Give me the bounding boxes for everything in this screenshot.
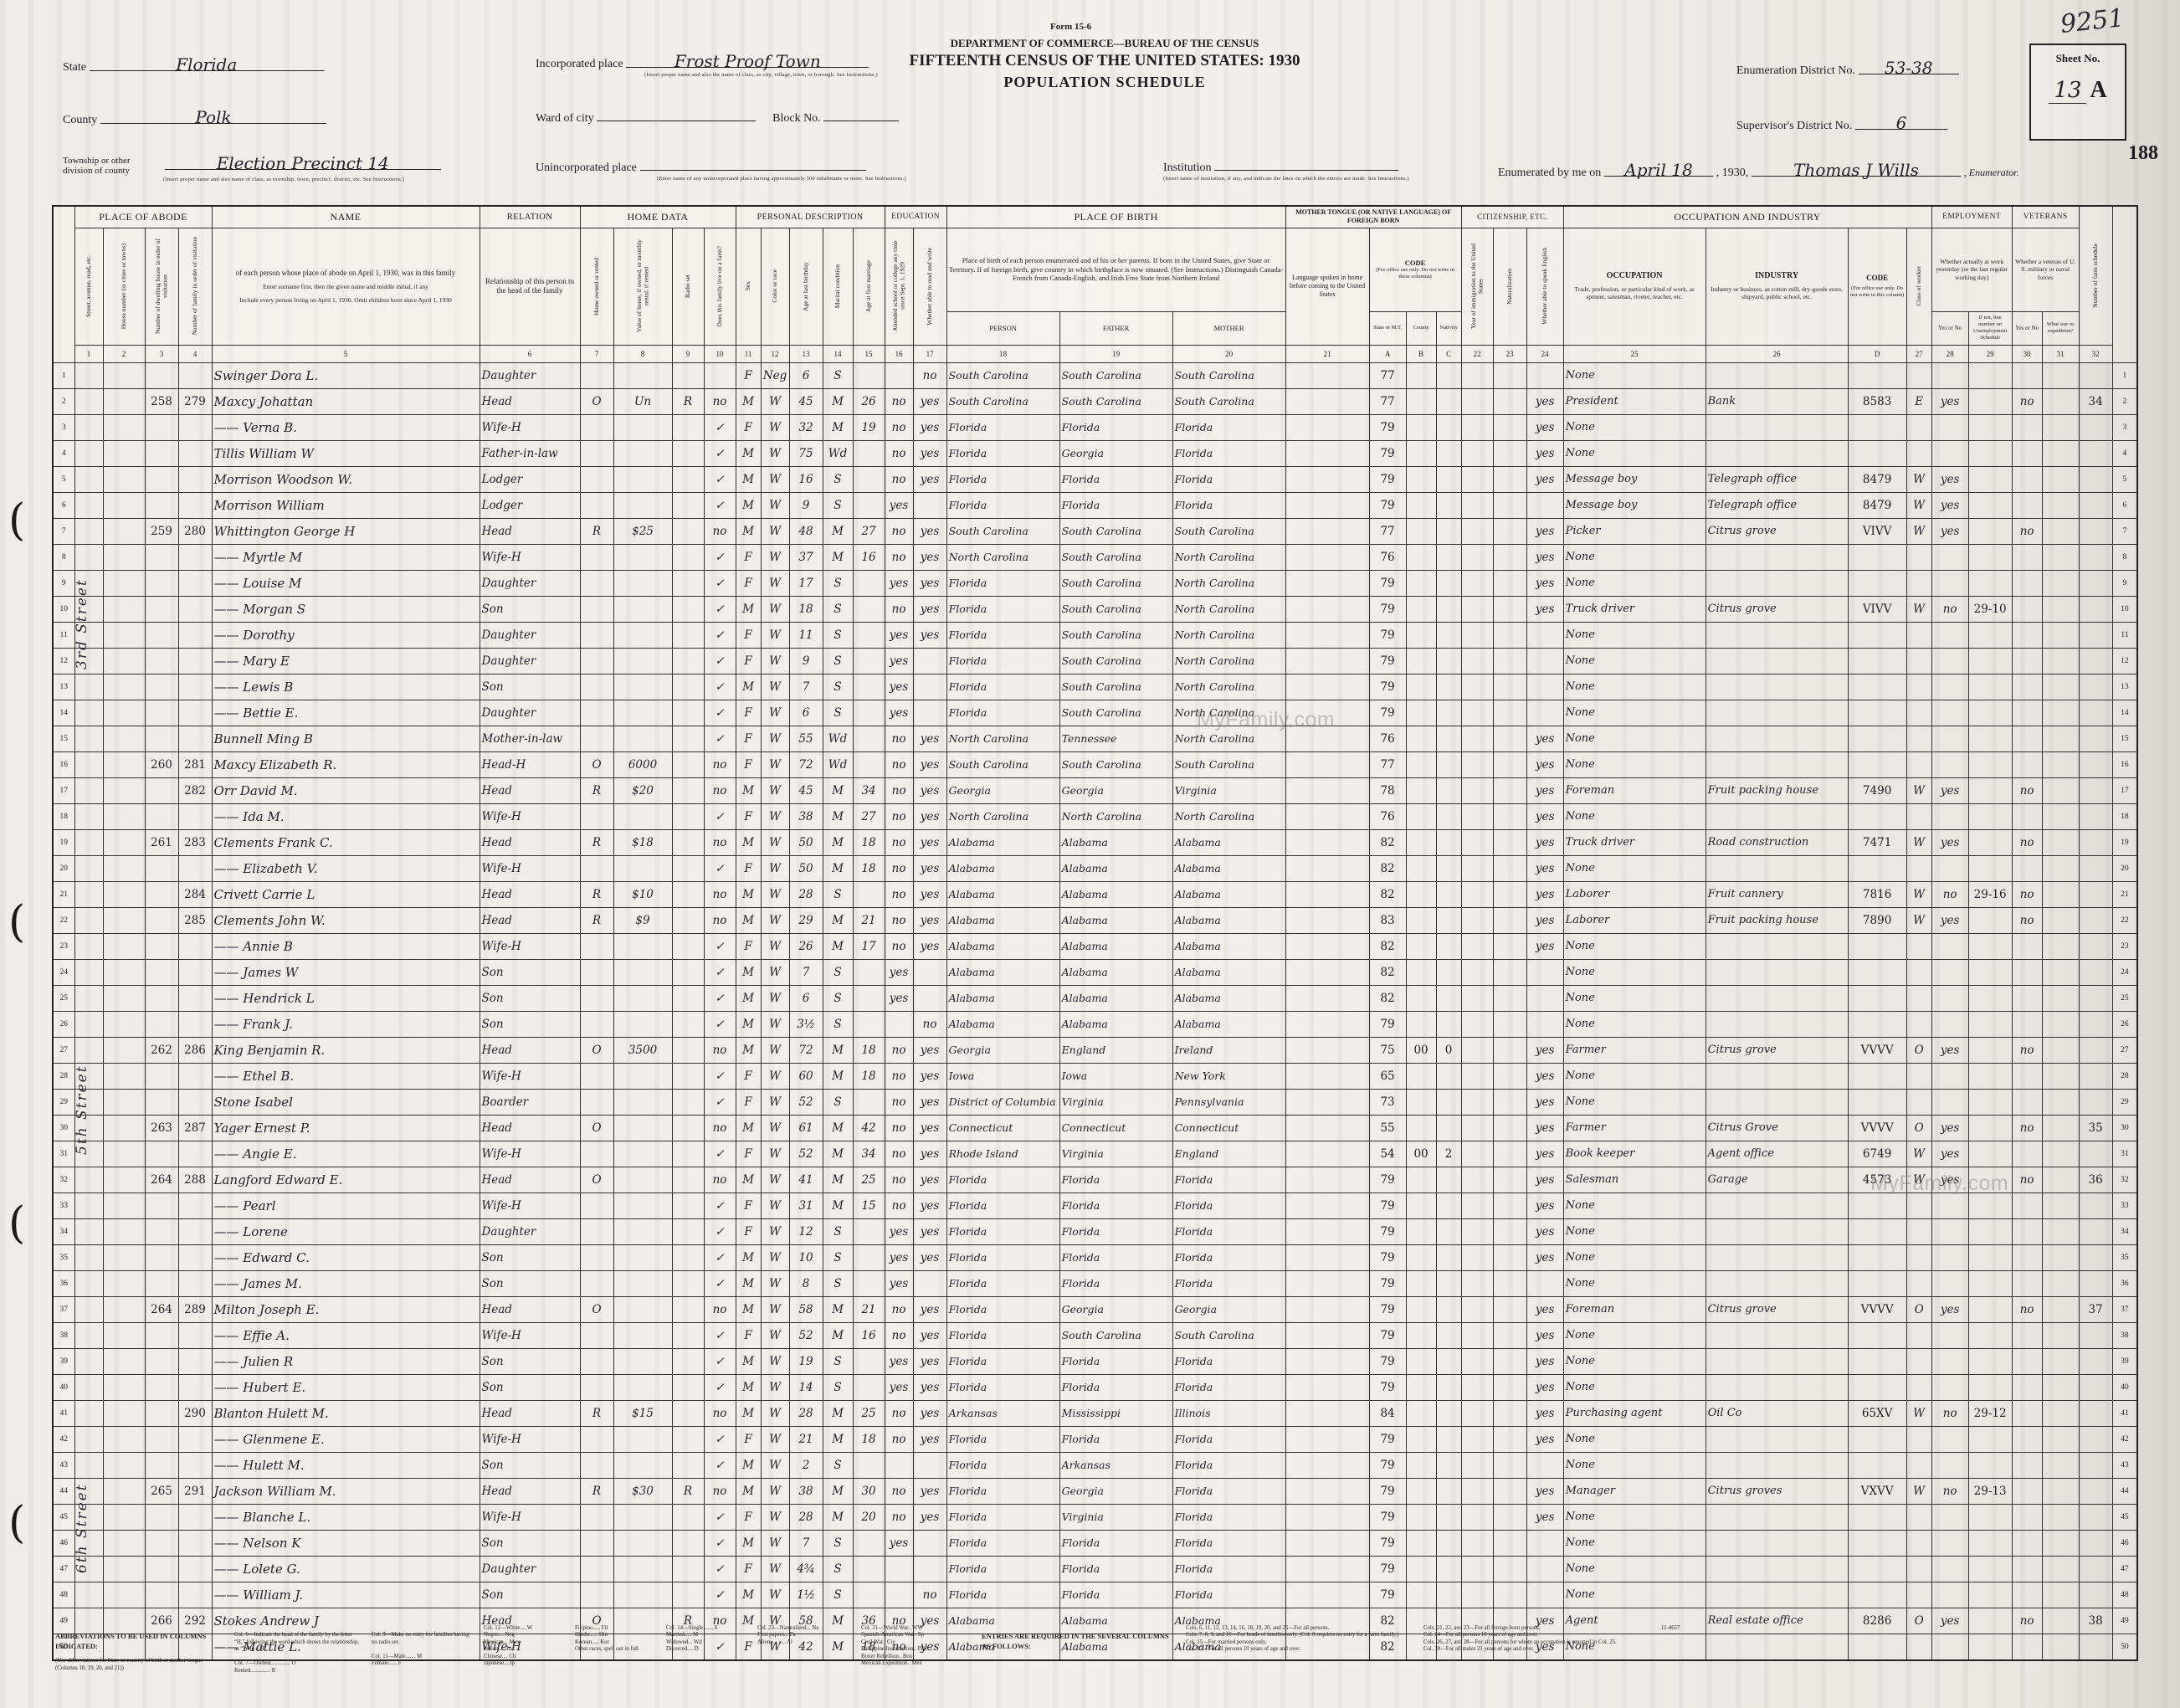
cell: no <box>704 1115 736 1141</box>
cell: Maxcy Elizabeth R. <box>212 751 480 777</box>
cell <box>1931 1348 1968 1374</box>
cell <box>1461 388 1493 414</box>
cell <box>178 855 212 881</box>
cell <box>2012 855 2042 881</box>
cell: Message boy <box>1563 492 1706 518</box>
cell: None <box>1563 1582 1706 1608</box>
cell: Florida <box>1059 1348 1172 1374</box>
veterans-description: Whether a veteran of U. S. military or n… <box>2012 228 2079 311</box>
cell: yes <box>913 1348 946 1374</box>
cell <box>1493 414 1526 440</box>
cell: 20 <box>53 855 74 881</box>
cell <box>1848 1504 1906 1530</box>
cell: 27 <box>853 803 885 829</box>
occupation-header: OCCUPATION Trade, profession, or particu… <box>1563 228 1706 345</box>
cell <box>1436 1504 1461 1530</box>
cell: Morrison Woodson W. <box>212 466 480 492</box>
cell <box>1968 1556 2012 1582</box>
cell <box>1285 985 1369 1011</box>
cell: Florida <box>1059 1426 1172 1452</box>
cell: Florida <box>946 596 1059 622</box>
cell: M <box>736 518 761 544</box>
cell <box>2042 518 2079 544</box>
cell: O <box>1906 1037 1931 1063</box>
table-row: 31—— Angie E.Wife-H✓FW52M34noyesRhode Is… <box>53 1141 2137 1167</box>
cell: None <box>1563 622 1706 648</box>
cell <box>580 674 613 700</box>
cell <box>1931 1011 1968 1037</box>
cell <box>1436 492 1461 518</box>
cell <box>1968 907 2012 933</box>
cell <box>1493 855 1526 881</box>
cell <box>1968 803 2012 829</box>
cell: no <box>885 466 913 492</box>
cell: 26 <box>53 1011 74 1037</box>
cell: Florida <box>1172 414 1285 440</box>
cell <box>2079 622 2112 648</box>
cell <box>1285 907 1369 933</box>
cell: W <box>761 1011 789 1037</box>
cell: 6749 <box>1848 1141 1906 1167</box>
cell: Alabama <box>946 959 1059 985</box>
cell: 289 <box>178 1296 212 1322</box>
cell <box>74 362 103 388</box>
cell: Wife-H <box>480 1063 580 1089</box>
cell: 9 <box>2112 570 2137 596</box>
cell: 40 <box>53 1374 74 1400</box>
cell <box>1706 1452 1848 1478</box>
cell <box>1931 1530 1968 1556</box>
cell <box>1968 1374 2012 1400</box>
cell: None <box>1563 1011 1706 1037</box>
cell: Florida <box>946 466 1059 492</box>
cell <box>178 1063 212 1089</box>
cell: yes <box>1526 1504 1563 1530</box>
cell <box>672 1348 704 1374</box>
cell: Florida <box>1172 1582 1285 1608</box>
cell <box>2079 362 2112 388</box>
cell: 42 <box>2112 1426 2137 1452</box>
cell <box>2079 1530 2112 1556</box>
col-attended-school: Attended school or college any time sinc… <box>885 228 913 345</box>
page-number: 188 <box>2128 142 2158 165</box>
cell: yes <box>913 1478 946 1504</box>
cell <box>1848 622 1906 648</box>
cell <box>178 1530 212 1556</box>
col-farm-family: Does this family live on a farm? <box>704 228 736 345</box>
cell <box>1461 648 1493 674</box>
cell <box>1461 1193 1493 1218</box>
cell <box>613 440 672 466</box>
form-number: Form 15-6 <box>1050 22 1091 32</box>
cell <box>1406 1452 1436 1478</box>
cell: W <box>761 959 789 985</box>
cell <box>1493 803 1526 829</box>
cell: S <box>823 985 853 1011</box>
cell <box>580 1270 613 1296</box>
cell <box>613 544 672 570</box>
cell: —— Hulett M. <box>212 1452 480 1478</box>
cell: 77 <box>1369 362 1406 388</box>
cell: yes <box>1526 596 1563 622</box>
margin-paren-mark: ( <box>8 1198 25 1249</box>
cell <box>1436 751 1461 777</box>
cell <box>1706 1270 1848 1296</box>
cell <box>853 1530 885 1556</box>
cell <box>613 492 672 518</box>
cell: W <box>761 1504 789 1530</box>
cell <box>613 700 672 726</box>
cell <box>103 492 145 518</box>
cell: W <box>761 674 789 700</box>
table-row: 11—— DorothyDaughter✓FW11SyesyesFloridaS… <box>53 622 2137 648</box>
watermark: MyFamily.com <box>1197 708 1335 732</box>
column-number: 28 <box>1931 345 1968 362</box>
cell <box>672 674 704 700</box>
cell <box>1406 1063 1436 1089</box>
cell: Alabama <box>1172 933 1285 959</box>
cell <box>145 674 178 700</box>
cell: ✓ <box>704 1270 736 1296</box>
cell <box>613 1374 672 1400</box>
cell <box>74 700 103 726</box>
table-row: 43—— Hulett M.Son✓MW2SFloridaArkansasFlo… <box>53 1452 2137 1478</box>
cell <box>1461 1582 1493 1608</box>
cell <box>1285 803 1369 829</box>
cell <box>1493 700 1526 726</box>
cell: no <box>2012 1037 2042 1063</box>
cell: Head <box>480 1167 580 1193</box>
cell <box>2042 959 2079 985</box>
cell: Clements John W. <box>212 907 480 933</box>
cell <box>580 466 613 492</box>
cell <box>1848 362 1906 388</box>
cell: —— Verna B. <box>212 414 480 440</box>
cell <box>1285 881 1369 907</box>
column-number: 22 <box>1461 345 1493 362</box>
cell <box>672 726 704 751</box>
cell <box>2012 1426 2042 1452</box>
cell: yes <box>1526 1037 1563 1063</box>
cell: yes <box>1526 1115 1563 1141</box>
cell: O <box>1906 1115 1931 1141</box>
cell: 285 <box>178 907 212 933</box>
cell <box>1906 1504 1931 1530</box>
cell: 12 <box>53 648 74 674</box>
cell <box>1968 1504 2012 1530</box>
cell <box>853 570 885 596</box>
cell: Florida <box>946 674 1059 700</box>
cell <box>2079 1037 2112 1063</box>
cell <box>103 1141 145 1167</box>
column-number: 2 <box>103 345 145 362</box>
cell <box>853 596 885 622</box>
cell <box>1493 1244 1526 1270</box>
cell <box>1706 570 1848 596</box>
cell <box>2042 596 2079 622</box>
cell: W <box>1906 492 1931 518</box>
cell <box>613 1141 672 1167</box>
cell: M <box>823 855 853 881</box>
cell <box>1906 751 1931 777</box>
cell: F <box>736 622 761 648</box>
cell: yes <box>1526 1167 1563 1193</box>
cell: None <box>1563 1089 1706 1115</box>
cell <box>1706 1089 1848 1115</box>
cell: None <box>1563 648 1706 674</box>
cell <box>853 1556 885 1582</box>
cell: ✓ <box>704 700 736 726</box>
cell <box>1931 1322 1968 1348</box>
cell <box>1436 985 1461 1011</box>
cell: yes <box>913 1167 946 1193</box>
cell: Alabama <box>946 829 1059 855</box>
cell: 290 <box>178 1400 212 1426</box>
column-number: 6 <box>480 345 580 362</box>
cell <box>613 1063 672 1089</box>
cell <box>580 492 613 518</box>
cell: M <box>736 1115 761 1141</box>
table-row: 14—— Bettie E.Daughter✓FW6SyesFloridaSou… <box>53 700 2137 726</box>
cell: ✓ <box>704 570 736 596</box>
cell: ✓ <box>704 622 736 648</box>
township-label: Township or other division of county <box>63 156 162 176</box>
cell <box>2042 1115 2079 1141</box>
cell <box>2042 492 2079 518</box>
cell: Message boy <box>1563 466 1706 492</box>
cell: Florida <box>1172 1270 1285 1296</box>
cell <box>672 1452 704 1478</box>
column-number: 19 <box>1059 345 1172 362</box>
cell: no <box>885 726 913 751</box>
legend-print-code: 11-4657 <box>1661 1625 1711 1682</box>
cell <box>1461 1296 1493 1322</box>
cell <box>1493 648 1526 674</box>
cell: 43 <box>2112 1452 2137 1478</box>
cell <box>2079 777 2112 803</box>
cell: —— Pearl <box>212 1193 480 1218</box>
cell: W <box>761 1244 789 1270</box>
cell: 8479 <box>1848 466 1906 492</box>
cell <box>580 570 613 596</box>
cell <box>1436 1270 1461 1296</box>
table-row: 24—— James WSon✓MW7SyesAlabamaAlabamaAla… <box>53 959 2137 985</box>
cell: 284 <box>178 881 212 907</box>
cell: 79 <box>1369 1193 1406 1218</box>
cell: Stone Isabel <box>212 1089 480 1115</box>
cell <box>1706 1530 1848 1556</box>
cell <box>103 1270 145 1296</box>
cell: 44 <box>53 1478 74 1504</box>
cell: no <box>885 1426 913 1452</box>
cell <box>2042 648 2079 674</box>
cell: yes <box>913 829 946 855</box>
cell <box>1461 1037 1493 1063</box>
cell <box>1461 1089 1493 1115</box>
cell: F <box>736 1063 761 1089</box>
cell <box>1436 1063 1461 1089</box>
cell <box>1906 985 1931 1011</box>
cell: Alabama <box>1172 1011 1285 1037</box>
cell: yes <box>913 622 946 648</box>
cell <box>1526 1452 1563 1478</box>
cell <box>1493 596 1526 622</box>
cell <box>103 1478 145 1504</box>
cell <box>1968 855 2012 881</box>
cell: 79 <box>1369 1218 1406 1244</box>
cell <box>2042 570 2079 596</box>
cell <box>1436 466 1461 492</box>
cell: Florida <box>946 1374 1059 1400</box>
cell <box>2079 1478 2112 1504</box>
cell <box>1493 1218 1526 1244</box>
cell: W <box>761 829 789 855</box>
cell: S <box>823 648 853 674</box>
cell <box>672 959 704 985</box>
cell: W <box>761 1322 789 1348</box>
cell <box>74 1218 103 1244</box>
cell: None <box>1563 751 1706 777</box>
column-number: 24 <box>1526 345 1563 362</box>
cell: 18 <box>2112 803 2137 829</box>
cell <box>178 1193 212 1218</box>
column-number: 29 <box>1968 345 2012 362</box>
cell: 29-16 <box>1968 881 2012 907</box>
cell: no <box>2012 1115 2042 1141</box>
cell: 73 <box>1369 1089 1406 1115</box>
cell: Florida <box>1059 1556 1172 1582</box>
cell <box>1526 985 1563 1011</box>
cell <box>1461 726 1493 751</box>
cell <box>1461 466 1493 492</box>
cell: 24 <box>53 959 74 985</box>
cell <box>853 622 885 648</box>
cell <box>1406 1322 1436 1348</box>
cell <box>103 1063 145 1089</box>
cell: Wife-H <box>480 855 580 881</box>
cell: 264 <box>145 1296 178 1322</box>
cell <box>2042 829 2079 855</box>
cell <box>178 648 212 674</box>
cell <box>580 959 613 985</box>
cell <box>103 881 145 907</box>
cell <box>672 414 704 440</box>
cell <box>1968 362 2012 388</box>
legend-col23: Col. 23—Naturalized... Na First papers..… <box>757 1625 849 1682</box>
cell <box>2079 933 2112 959</box>
cell <box>1848 1582 1906 1608</box>
cell <box>1906 700 1931 726</box>
cell <box>145 414 178 440</box>
cell: 286 <box>178 1037 212 1063</box>
cell <box>913 1452 946 1478</box>
cell: W <box>761 985 789 1011</box>
cell: 28 <box>789 881 823 907</box>
cell: 9 <box>53 570 74 596</box>
cell: 77 <box>1369 751 1406 777</box>
department-line: DEPARTMENT OF COMMERCE—BUREAU OF THE CEN… <box>845 37 1364 50</box>
cell: Wife-H <box>480 933 580 959</box>
cell <box>2079 414 2112 440</box>
cell: W <box>1906 881 1931 907</box>
cell <box>1285 518 1369 544</box>
cell <box>1931 1193 1968 1218</box>
cell <box>2012 985 2042 1011</box>
cell <box>1493 674 1526 700</box>
cell <box>613 1011 672 1037</box>
cell: W <box>761 726 789 751</box>
cell <box>2012 726 2042 751</box>
cell <box>1406 700 1436 726</box>
cell: 79 <box>1369 492 1406 518</box>
cell <box>1436 1244 1461 1270</box>
cell: 79 <box>1369 1452 1406 1478</box>
cell <box>145 933 178 959</box>
cell: Florida <box>1059 1374 1172 1400</box>
cell <box>2079 1089 2112 1115</box>
cell <box>178 1426 212 1452</box>
cell <box>672 622 704 648</box>
cell <box>580 1582 613 1608</box>
incorporated-note: (Insert proper name and also the name of… <box>644 72 878 78</box>
cell <box>2079 1270 2112 1296</box>
mother-tongue-code: CODE (For office use only. Do not write … <box>1369 228 1461 311</box>
cell: Florida <box>1059 1218 1172 1244</box>
cell: no <box>885 1296 913 1322</box>
cell: Maxcy Johattan <box>212 388 480 414</box>
cell: yes <box>1931 1037 1968 1063</box>
cell: 2 <box>1436 1141 1461 1167</box>
cell <box>1848 1218 1906 1244</box>
code-a-label: State or M.T. <box>1369 311 1406 345</box>
cell: yes <box>1526 907 1563 933</box>
cell: South Carolina <box>1172 1322 1285 1348</box>
cell <box>2079 466 2112 492</box>
cell: O <box>580 388 613 414</box>
col-family-number: Number of family in order of visitation <box>178 228 212 345</box>
cell: 25 <box>2112 985 2137 1011</box>
cell <box>613 1322 672 1348</box>
cell <box>613 1270 672 1296</box>
cell: Alabama <box>1059 1011 1172 1037</box>
cell: Florida <box>1059 1167 1172 1193</box>
cell: 26 <box>853 388 885 414</box>
cell <box>1285 1530 1369 1556</box>
cell: 77 <box>1369 518 1406 544</box>
cell: Alabama <box>1059 881 1172 907</box>
cell: 13 <box>2112 674 2137 700</box>
cell: 30 <box>53 1115 74 1141</box>
cell <box>74 751 103 777</box>
cell <box>1493 492 1526 518</box>
cell <box>853 726 885 751</box>
cell <box>2079 751 2112 777</box>
cell: 30 <box>2112 1115 2137 1141</box>
cell: None <box>1563 1322 1706 1348</box>
cell <box>2042 1400 2079 1426</box>
cell <box>2042 985 2079 1011</box>
cell <box>672 1374 704 1400</box>
cell <box>145 1063 178 1089</box>
cell <box>1461 1115 1493 1141</box>
cell: North Carolina <box>1172 803 1285 829</box>
cell: —— Elizabeth V. <box>212 855 480 881</box>
cell: None <box>1563 570 1706 596</box>
cell: E <box>1906 388 1931 414</box>
cell <box>1848 751 1906 777</box>
cell: 79 <box>1369 1270 1406 1296</box>
cell <box>1848 855 1906 881</box>
